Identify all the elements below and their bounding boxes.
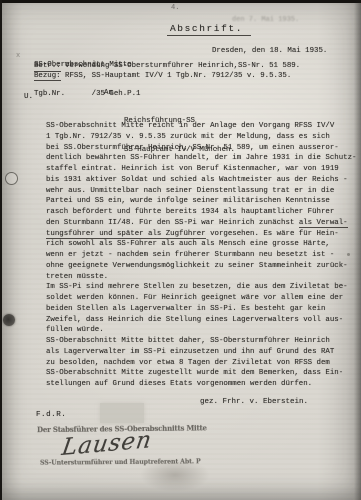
body-text-segment: wenn er jetzt - nachdem sein früherer St… bbox=[46, 251, 334, 259]
body-line: wenn er jetzt - nachdem sein früherer St… bbox=[46, 250, 358, 261]
bottom-smudge bbox=[140, 458, 210, 492]
body-text-segment: SS-Oberabschnitt Mitte reicht in der Anl… bbox=[46, 122, 334, 130]
body-text-segment: dentlich bewährten SS-Führer handelt, de… bbox=[46, 154, 356, 162]
underlined-text: als Verwal- bbox=[299, 219, 348, 229]
body-text-segment: staffel eintrat. Heinrich ist von Beruf … bbox=[46, 165, 339, 173]
body-line: staffel eintrat. Heinrich ist von Beruf … bbox=[46, 164, 358, 175]
body-line: füllen würde. bbox=[46, 325, 358, 336]
body-line: tungsführer und später als Zugführer vor… bbox=[46, 229, 358, 240]
body-text-segment: den Sturmbann II/48. Für den SS-Pi war H… bbox=[46, 219, 299, 227]
ink-speck bbox=[347, 253, 350, 256]
recipient-an-label: An bbox=[104, 89, 113, 97]
body-text-segment: SS-Oberabschnitt Mitte zugestellt wurde … bbox=[46, 369, 343, 377]
body-text-segment: beiden Stellen als Lagerverwalter in SS-… bbox=[46, 305, 325, 313]
body-line: beiden Stellen als Lagerverwalter in SS-… bbox=[46, 304, 358, 315]
body-line: ohne geeignete Verwendungsmöglichkeit zu… bbox=[46, 261, 358, 272]
pencil-speck: x bbox=[16, 52, 20, 60]
fdr-mark: F.d.R. bbox=[36, 411, 66, 419]
body-text-segment: rasch befördert und führte bereits 1934 … bbox=[46, 208, 334, 216]
hole-punch-bottom bbox=[3, 314, 15, 326]
body-line: SS-Oberabschnitt Mitte reicht in der Anl… bbox=[46, 121, 358, 132]
body-line: Im SS-Pi sind mehrere Stellen zu besetze… bbox=[46, 282, 358, 293]
subject-text: Verwendung SS-Obersturmführer Heinrich,S… bbox=[61, 62, 301, 70]
reference-label: Bezug: bbox=[34, 72, 61, 82]
page-number-mark: 4. bbox=[171, 4, 179, 12]
signature-gez-line: gez. Frhr. v. Eberstein. bbox=[200, 398, 308, 406]
subject-line: Betr.: Verwendung SS-Obersturmführer Hei… bbox=[34, 62, 300, 72]
photo-border-top bbox=[0, 0, 361, 3]
faint-stamp-box bbox=[100, 403, 144, 423]
body-line: Zweifel, dass Heinrich die Stellung eine… bbox=[46, 315, 358, 326]
body-text-segment: rich sowohl als SS-Führer als auch als M… bbox=[46, 240, 330, 248]
body-line: wehr aus. Unmittelbar nach seiner Dienst… bbox=[46, 186, 358, 197]
body-text-segment: ohne geeignete Verwendungsmöglichkeit zu… bbox=[46, 262, 348, 270]
body-text-segment: 1 Tgb.Nr. 7912/35 v. 9.5.35 zurück mit d… bbox=[46, 133, 330, 141]
body-text-segment: Partei und SS ein, wurde infolge seiner … bbox=[46, 197, 330, 205]
subject-label: Betr.: bbox=[34, 62, 61, 72]
body-text-segment: zu besolden, nachdem vor etwa 8 Tagen de… bbox=[46, 359, 330, 367]
margin-mark-u: U. bbox=[24, 93, 33, 101]
body-text-segment: wehr aus. Unmittelbar nach seiner Dienst… bbox=[46, 187, 334, 195]
body-text-segment: SS-Oberabschnitt Mitte bittet daher, SS-… bbox=[46, 337, 330, 345]
body-text-segment: vorgesehen. Es wäre für Hein- bbox=[206, 230, 339, 238]
reference-text: RFSS, SS-Hauptamt IV/V 1 Tgb.Nr. 7912/35… bbox=[61, 72, 292, 80]
body-text-segment: bis 1931 aktiver Soldat und schied als W… bbox=[46, 176, 348, 184]
body-text-segment: Im SS-Pi sind mehrere Stellen zu besetze… bbox=[46, 283, 348, 291]
body-line: SS-Oberabschnitt Mitte zugestellt wurde … bbox=[46, 368, 358, 379]
body-text-segment: als Lagerverwalter im SS-Pi einzusetzen … bbox=[46, 348, 334, 356]
body-text-segment: Zweifel, dass Heinrich die Stellung eine… bbox=[46, 316, 343, 324]
body-line: Partei und SS ein, wurde infolge seiner … bbox=[46, 196, 358, 207]
reference-line: Bezug: RFSS, SS-Hauptamt IV/V 1 Tgb.Nr. … bbox=[34, 72, 291, 82]
body-line: 1 Tgb.Nr. 7912/35 v. 9.5.35 zurück mit d… bbox=[46, 132, 358, 143]
body-line: bei SS.Obersturmführer Heinrich, SS-Nr. … bbox=[46, 143, 358, 154]
hole-punch-top bbox=[5, 172, 18, 185]
body-line: zu besolden, nachdem vor etwa 8 Tagen de… bbox=[46, 358, 358, 369]
body-text: SS-Oberabschnitt Mitte reicht in der Anl… bbox=[46, 121, 358, 390]
body-line: stellungen auf Grund dieses Etats vorgen… bbox=[46, 379, 358, 390]
underlined-text: tungsführer und später als Zugführer bbox=[46, 230, 206, 240]
body-line: SS-Oberabschnitt Mitte bittet daher, SS-… bbox=[46, 336, 358, 347]
body-text-segment: treten müsste. bbox=[46, 273, 108, 281]
body-line: als Lagerverwalter im SS-Pi einzusetzen … bbox=[46, 347, 358, 358]
document-title: Abschrift. bbox=[167, 23, 251, 36]
photo-border-left bbox=[0, 0, 2, 500]
body-line: treten müsste. bbox=[46, 272, 358, 283]
body-line: rich sowohl als SS-Führer als auch als M… bbox=[46, 239, 358, 250]
body-text-segment: soldet werden können. Für Heinrich geeig… bbox=[46, 294, 343, 302]
photo-border-right bbox=[354, 0, 361, 500]
dateline: Dresden, den 18. Mai 1935. bbox=[212, 47, 327, 55]
body-line: bis 1931 aktiver Soldat und schied als W… bbox=[46, 175, 358, 186]
body-text-segment: füllen würde. bbox=[46, 326, 104, 334]
body-text-segment: bei SS.Obersturmführer Heinrich, SS-Nr. … bbox=[46, 144, 339, 152]
body-line: den Sturmbann II/48. Für den SS-Pi war H… bbox=[46, 218, 358, 229]
body-line: dentlich bewährten SS-Führer handelt, de… bbox=[46, 153, 358, 164]
body-line: rasch befördert und führte bereits 1934 … bbox=[46, 207, 358, 218]
scanned-document-page: den 7. Mai 1935. 4. Abschrift. SS-Oberab… bbox=[0, 0, 361, 500]
body-text-segment: stellungen auf Grund dieses Etats vorgen… bbox=[46, 380, 312, 388]
body-line: soldet werden können. Für Heinrich geeig… bbox=[46, 293, 358, 304]
